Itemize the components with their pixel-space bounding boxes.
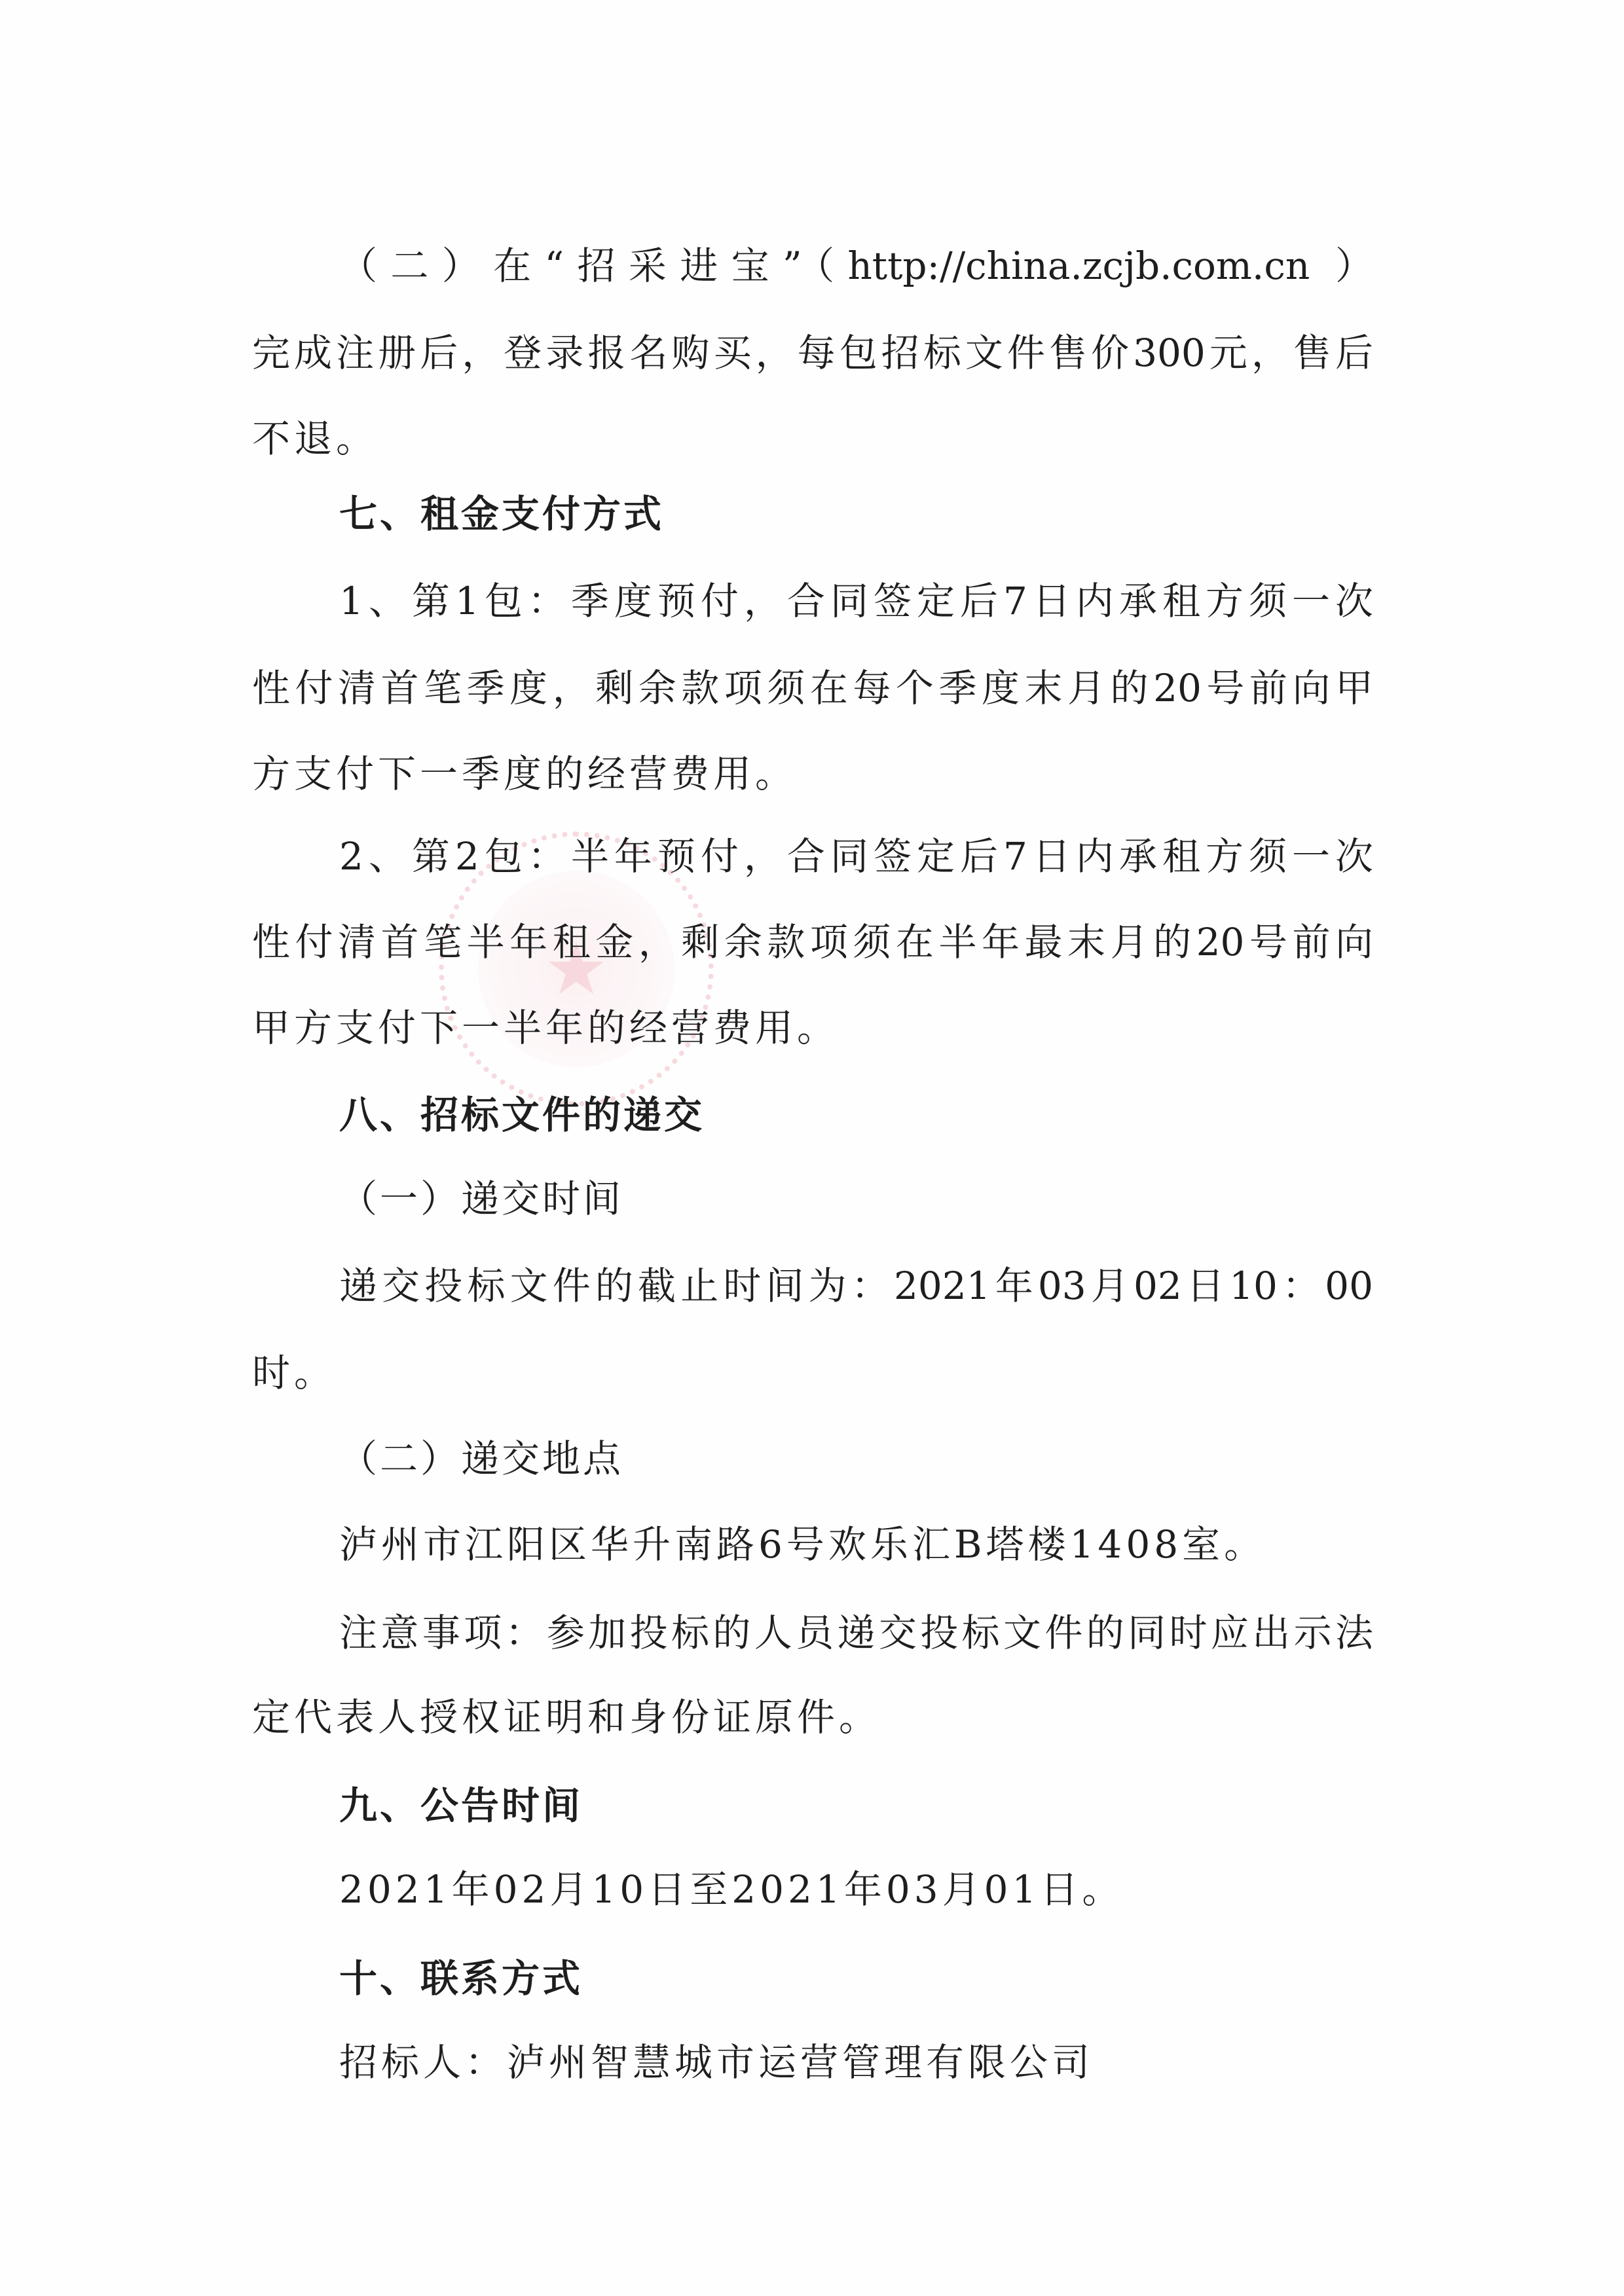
subheading-submission-location: （二）递交地点 — [339, 1435, 1373, 1482]
section-7-item-2-line-2: 性付清首笔半年租金，剩余款项须在半年最末月的20号前向 — [252, 919, 1373, 966]
subheading-submission-time: （一）递交时间 — [339, 1175, 1373, 1222]
section-7-item-1-line-1: 1、第1包：季度预付，合同签定后7日内承租方须一次 — [339, 577, 1373, 625]
announcement-period: 2021年02月10日至2021年03月01日。 — [339, 1866, 1373, 1913]
section-7-item-1-line-2: 性付清首笔季度，剩余款项须在每个季度末月的20号前向甲 — [252, 665, 1373, 712]
heading-section-9: 九、公告时间 — [339, 1782, 1373, 1829]
section-7-item-2-line-1: 2、第2包：半年预付，合同签定后7日内承租方须一次 — [339, 833, 1373, 880]
heading-section-8: 八、招标文件的递交 — [339, 1091, 1373, 1139]
tenderer-name: 招标人：泸州智慧城市运营管理有限公司 — [339, 2039, 1373, 2086]
submission-address: 泸州市江阳区华升南路6号欢乐汇B塔楼1408室。 — [339, 1521, 1373, 1568]
heading-section-10: 十、联系方式 — [339, 1955, 1373, 2002]
notice-line-1: 注意事项：参加投标的人员递交投标文件的同时应出示法 — [339, 1609, 1373, 1656]
section-7-item-1-line-3: 方支付下一季度的经营费用。 — [252, 750, 1373, 797]
document-page: ★ （二）在“招采进宝”（http://china.zcjb.com.cn ） … — [0, 0, 1624, 2296]
notice-line-2: 定代表人授权证明和身份证原件。 — [252, 1694, 1373, 1741]
section-7-item-2-line-3: 甲方支付下一半年的经营费用。 — [252, 1004, 1373, 1051]
section-6-item-2-line-1: （二）在“招采进宝”（http://china.zcjb.com.cn ） — [339, 242, 1373, 289]
submission-deadline-line-1: 递交投标文件的截止时间为：2021年03月02日10：00 — [339, 1262, 1373, 1309]
section-6-item-2-line-3: 不退。 — [252, 415, 1373, 462]
submission-deadline-line-2: 时。 — [252, 1349, 1373, 1396]
section-6-item-2-line-2: 完成注册后，登录报名购买，每包招标文件售价300元，售后 — [252, 329, 1373, 376]
heading-section-7: 七、租金支付方式 — [339, 490, 1373, 538]
